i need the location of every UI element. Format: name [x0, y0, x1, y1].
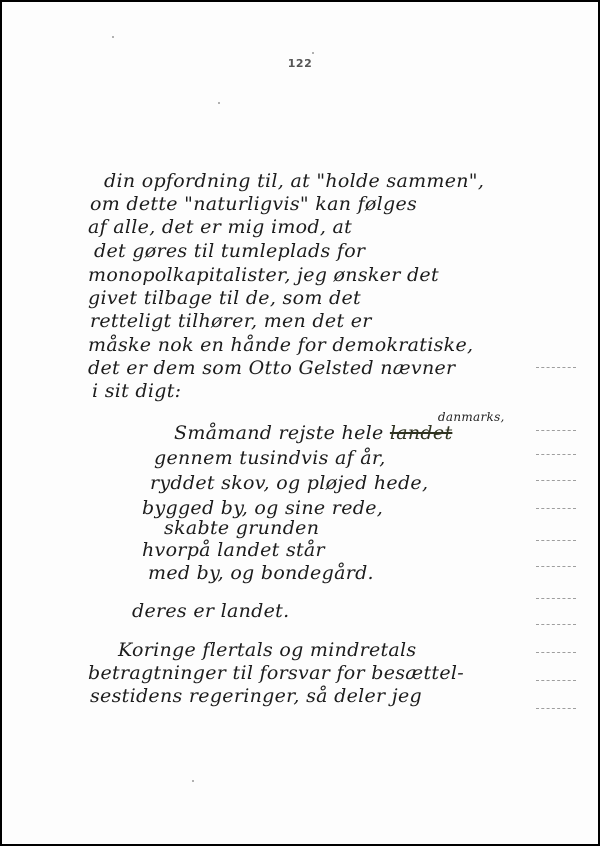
struck-word: landet — [390, 422, 452, 444]
scan-artifact-line — [536, 566, 576, 567]
document-page: 122 din opfordning til, at "holde sammen… — [2, 2, 598, 844]
scan-speck — [312, 52, 314, 54]
poem-line: Småmand rejste hele danmarks, landet — [174, 422, 452, 444]
handwritten-line: sestidens regeringer, så deler jeg — [90, 685, 422, 707]
handwritten-line: måske nok en hånde for demokratiske, — [88, 334, 473, 356]
handwritten-line: det gøres til tumleplads for — [94, 240, 365, 262]
scan-artifact-line — [536, 430, 576, 431]
handwritten-line: om dette "naturligvis" kan følges — [90, 193, 417, 215]
inserted-word: danmarks, — [438, 410, 505, 424]
handwritten-line: af alle, det er mig imod, at — [88, 216, 352, 238]
poem-line: bygged by, og sine rede, — [142, 497, 383, 519]
poem-line: med by, og bondegård. — [148, 562, 374, 584]
poem-line: hvorpå landet står — [142, 539, 325, 561]
scan-speck — [192, 780, 194, 782]
scan-artifact-line — [536, 680, 576, 681]
scan-speck — [218, 102, 220, 104]
handwritten-line: betragtninger til forsvar for besættel- — [88, 662, 464, 684]
scan-artifact-line — [536, 508, 576, 509]
handwritten-line: monopolkapitalister, jeg ønsker det — [88, 264, 439, 286]
scan-speck — [112, 36, 114, 38]
scan-artifact-line — [536, 708, 576, 709]
scan-artifact-line — [536, 598, 576, 599]
poem-line: skabte grunden — [164, 517, 319, 539]
scan-artifact-line — [536, 540, 576, 541]
handwritten-line: Koringe flertals og mindretals — [118, 639, 416, 661]
handwritten-line: det er dem som Otto Gelsted nævner — [88, 357, 455, 379]
scan-artifact-line — [536, 652, 576, 653]
handwritten-line: i sit digt: — [92, 380, 181, 402]
poem-line-text: Småmand rejste hele — [174, 422, 384, 444]
handwritten-line: givet tilbage til de, som det — [88, 287, 361, 309]
poem-line: gennem tusindvis af år, — [154, 447, 386, 469]
handwritten-line: din opfordning til, at "holde sammen", — [104, 170, 484, 192]
scan-artifact-line — [536, 624, 576, 625]
correction: danmarks, landet — [390, 422, 452, 444]
page-number: 122 — [2, 57, 598, 70]
poem-line: ryddet skov, og pløjed hede, — [150, 472, 428, 494]
handwritten-line: deres er landet. — [132, 600, 289, 622]
scan-artifact-line — [536, 480, 576, 481]
scan-artifact-line — [536, 367, 576, 368]
scan-artifact-line — [536, 454, 576, 455]
handwritten-line: retteligt tilhører, men det er — [90, 310, 372, 332]
